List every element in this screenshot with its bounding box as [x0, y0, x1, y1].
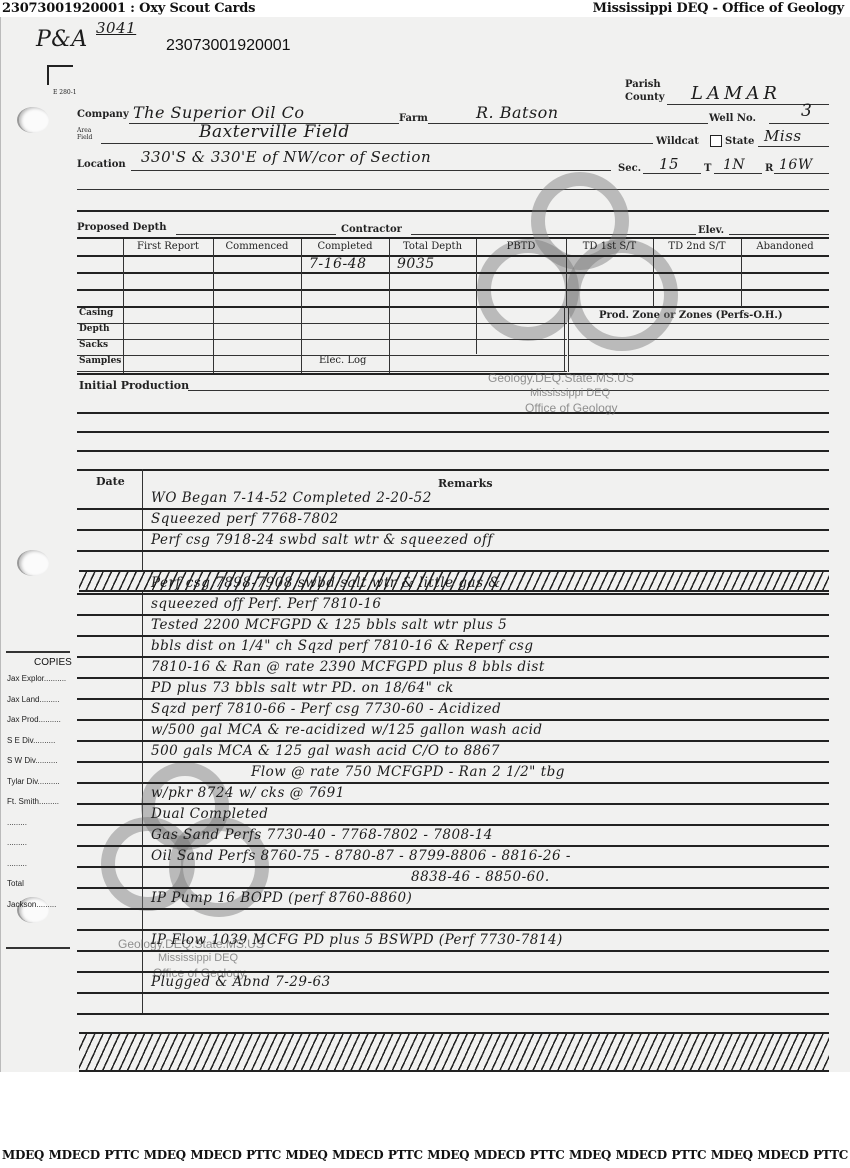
footer-tag: MDECD: [190, 1148, 241, 1162]
copies-item: Tylar Div..........: [7, 777, 69, 786]
casing-row-label: Casing: [79, 308, 113, 318]
state-value: Miss: [764, 127, 802, 145]
watermark-text: Office of Geology: [525, 401, 618, 415]
farm-label: Farm: [399, 113, 428, 124]
footer-tag: MDEQ: [427, 1148, 469, 1162]
county-value: LAMAR: [691, 83, 781, 104]
company-value: The Superior Oil Co: [133, 103, 304, 122]
remark-line: PD plus 73 bbls salt wtr PD. on 18/64" c…: [151, 680, 454, 696]
hatch-band: [79, 1032, 829, 1054]
remark-line: 7810-16 & Ran @ rate 2390 MCFGPD plus 8 …: [151, 659, 545, 675]
copies-item: Jackson.........: [7, 900, 69, 909]
casing-row-label: Sacks: [79, 340, 108, 350]
area-label: Area: [77, 127, 91, 134]
watermark-text: Geology.DEQ.State.MS.US: [488, 371, 634, 385]
footer-tag: MDEQ: [569, 1148, 611, 1162]
r-value: 16W: [779, 157, 813, 173]
remark-line: Sqzd perf 7810-66 - Perf csg 7730-60 - A…: [151, 701, 501, 717]
area-field-label: AreaField: [77, 127, 92, 141]
remark-line: Squeezed perf 7768-7802: [151, 511, 339, 527]
report-cell: 9035: [397, 256, 435, 272]
remark-line: 500 gals MCA & 125 gal wash acid C/O to …: [151, 743, 500, 759]
field-value: Baxterville Field: [199, 122, 350, 142]
footer-tag: MDEQ: [144, 1148, 186, 1162]
well-no-label: Well No.: [709, 113, 756, 124]
copies-item: S E Div..........: [7, 736, 69, 745]
corner-mark: [47, 65, 49, 85]
t-label: T: [704, 163, 711, 174]
footer-tag: MDEQ: [711, 1148, 753, 1162]
report-column-header: TD 2nd S/T: [653, 241, 741, 252]
elev-label: Elev.: [698, 225, 724, 236]
footer-tag: PTTC: [246, 1148, 281, 1162]
remark-line: IP Flow 1039 MCFG PD plus 5 BSWPD (Perf …: [151, 932, 563, 948]
initial-production-label: Initial Production: [79, 379, 189, 392]
footer-tag: PTTC: [671, 1148, 706, 1162]
report-column-header: Completed: [301, 241, 389, 252]
location-label: Location: [77, 159, 126, 170]
t-value: 1N: [723, 157, 745, 173]
county-label: County: [625, 92, 665, 103]
parish-label: Parish: [625, 79, 661, 90]
copies-item: Total: [7, 879, 69, 888]
report-cell: 7-16-48: [309, 256, 367, 272]
footer-tag: PTTC: [813, 1148, 848, 1162]
remark-line: Oil Sand Perfs 8760-75 - 8780-87 - 8799-…: [151, 848, 571, 864]
remark-line: squeezed off Perf. Perf 7810-16: [151, 596, 382, 612]
r-label: R: [765, 163, 773, 174]
state-label: State: [725, 136, 754, 147]
footer-strip: MDEQMDECDPTTCMDEQMDECDPTTCMDEQMDECDPTTCM…: [2, 1148, 848, 1162]
report-column-header: First Report: [123, 241, 213, 252]
remark-line: bbls dist on 1/4" ch Sqzd perf 7810-16 &…: [151, 638, 533, 654]
company-label: Company: [77, 109, 129, 120]
footer-tag: PTTC: [530, 1148, 565, 1162]
report-column-header: Commenced: [213, 241, 301, 252]
contractor-label: Contractor: [341, 224, 402, 235]
form-id: E 280-1: [53, 89, 77, 96]
copies-item: .........: [7, 838, 69, 847]
casing-row-label: Samples: [79, 356, 121, 366]
footer-tag: MDECD: [474, 1148, 525, 1162]
source-title: Mississippi DEQ - Office of Geology: [593, 1, 844, 16]
wildcat-label: Wildcat: [656, 136, 699, 147]
remark-line: IP Pump 16 BOPD (perf 8760-8860): [151, 890, 412, 906]
elec-log-label: Elec. Log: [319, 355, 366, 366]
copies-item: Jax Explor..........: [7, 674, 69, 683]
remark-line: WO Began 7-14-52 Completed 2-20-52: [151, 490, 432, 506]
footer-tag: MDECD: [332, 1148, 383, 1162]
document-title: 23073001920001 : Oxy Scout Cards: [2, 1, 255, 16]
remark-line: Perf csg 7898-7908 swbd salt wtr & littl…: [151, 575, 501, 591]
sec-label: Sec.: [618, 163, 641, 174]
api-number: 23073001920001: [166, 37, 291, 55]
farm-value: R. Batson: [476, 103, 559, 122]
footer-tag: PTTC: [388, 1148, 423, 1162]
date-column-header: Date: [96, 475, 125, 488]
wildcat-checkbox[interactable]: [710, 135, 722, 147]
copies-item: Jax Prod..........: [7, 715, 69, 724]
report-column-header: PBTD: [476, 241, 566, 252]
footer-tag: MDEQ: [2, 1148, 44, 1162]
remark-line: w/500 gal MCA & re-acidized w/125 gallon…: [151, 722, 543, 738]
binder-hole: [17, 107, 49, 133]
location-value: 330'S & 330'E of NW/cor of Section: [141, 148, 431, 166]
annotation-number: 3041: [96, 19, 136, 37]
footer-tag: PTTC: [104, 1148, 139, 1162]
scout-card: P&A 3041 23073001920001 E 280-1 Parish C…: [0, 17, 850, 1072]
remark-line: Dual Completed: [151, 806, 268, 822]
sec-value: 15: [659, 155, 679, 173]
copies-item: .........: [7, 818, 69, 827]
proposed-depth-label: Proposed Depth: [77, 222, 167, 233]
copies-item: .........: [7, 859, 69, 868]
copies-title: COPIES: [34, 657, 72, 668]
remark-line: Plugged & Abnd 7-29-63: [151, 974, 331, 990]
corner-mark: [47, 65, 73, 67]
copies-item: Jax Land.........: [7, 695, 69, 704]
remark-line: Tested 2200 MCFGPD & 125 bbls salt wtr p…: [151, 617, 507, 633]
footer-tag: MDECD: [49, 1148, 100, 1162]
watermark-text: Mississippi DEQ: [158, 952, 238, 964]
report-column-header: Abandoned: [741, 241, 829, 252]
report-column-header: TD 1st S/T: [566, 241, 653, 252]
remark-line: Gas Sand Perfs 7730-40 - 7768-7802 - 780…: [151, 827, 493, 843]
copies-item: Ft. Smith.........: [7, 797, 69, 806]
watermark-text: Mississippi DEQ: [530, 387, 610, 399]
footer-tag: MDECD: [616, 1148, 667, 1162]
well-no-value: 3: [801, 101, 812, 121]
binder-hole: [17, 550, 49, 576]
remark-line: Flow @ rate 750 MCFGPD - Ran 2 1/2" tbg: [251, 764, 565, 780]
field-label: Field: [77, 134, 92, 141]
remark-line: w/pkr 8724 w/ cks @ 7691: [151, 785, 345, 801]
copies-item: S W Div..........: [7, 756, 69, 765]
remarks-column-header: Remarks: [438, 477, 493, 490]
remark-line: 8838-46 - 8850-60.: [411, 869, 550, 885]
footer-tag: MDEQ: [286, 1148, 328, 1162]
casing-row-label: Depth: [79, 324, 110, 334]
remark-line: Perf csg 7918-24 swbd salt wtr & squeeze…: [151, 532, 493, 548]
report-column-header: Total Depth: [389, 241, 476, 252]
pa-annotation: P&A: [36, 27, 88, 52]
hatch-band: [79, 1052, 829, 1072]
footer-tag: MDECD: [757, 1148, 808, 1162]
